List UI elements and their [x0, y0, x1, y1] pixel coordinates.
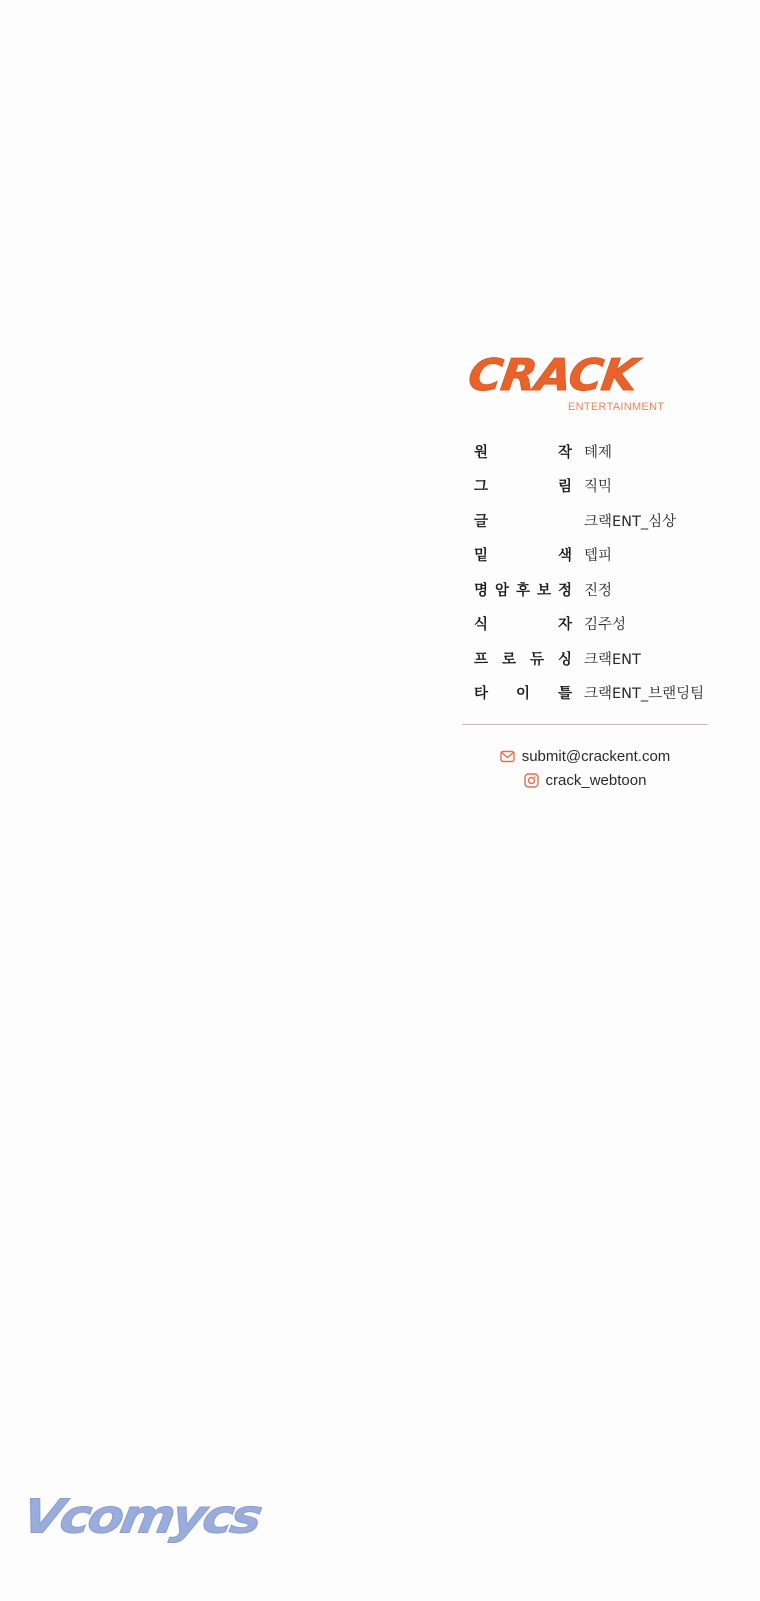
- credit-label: 그림: [474, 475, 572, 496]
- contact-instagram[interactable]: crack_webtoon: [462, 768, 708, 792]
- credit-row-story: 글 크랙ENT_심상: [474, 503, 714, 538]
- credit-list: 원작 톄제 그림 직믹 글 크랙ENT_심상 밑색 텝피 명암후보정: [474, 434, 714, 710]
- credit-row-shading: 명암후보정 진정: [474, 572, 714, 607]
- logo-subtitle: ENTERTAINMENT: [568, 401, 664, 413]
- contact-email[interactable]: submit@crackent.com: [462, 744, 708, 768]
- credit-row-original: 원작 톄제: [474, 434, 714, 469]
- credit-value: 텝피: [584, 544, 612, 565]
- instagram-icon: [524, 772, 540, 788]
- email-link[interactable]: submit@crackent.com: [522, 748, 671, 765]
- credit-value: 김주성: [584, 613, 626, 634]
- mail-icon: [500, 748, 516, 764]
- crack-entertainment-logo: CRACK ENTERTAINMENT: [472, 352, 672, 418]
- credit-value: 크랙ENT_심상: [584, 510, 676, 531]
- credit-label: 원작: [474, 441, 572, 462]
- credit-row-flats: 밑색 텝피: [474, 538, 714, 573]
- credit-label: 식자: [474, 613, 572, 634]
- credit-value: 진정: [584, 579, 612, 600]
- divider: [462, 724, 708, 725]
- credit-label: 밑색: [474, 544, 572, 565]
- credit-value: 직믹: [584, 475, 612, 496]
- credit-label: 명암후보정: [474, 579, 572, 600]
- watermark-text: Vcomycs: [18, 1490, 263, 1544]
- logo-wordmark: CRACK: [466, 352, 640, 398]
- credit-label: 글: [474, 510, 572, 531]
- credit-value: 크랙ENT_브랜딩팀: [584, 682, 704, 703]
- credit-label: 타이틀: [474, 682, 572, 703]
- instagram-link[interactable]: crack_webtoon: [546, 772, 647, 789]
- contact-list: submit@crackent.com crack_webtoon: [462, 744, 708, 792]
- credit-value: 크랙ENT: [584, 648, 641, 669]
- credit-row-producing: 프로듀싱 크랙ENT: [474, 641, 714, 676]
- credit-row-lettering: 식자 김주성: [474, 607, 714, 642]
- credit-row-title: 타이틀 크랙ENT_브랜딩팀: [474, 676, 714, 711]
- credit-label: 프로듀싱: [474, 648, 572, 669]
- vcomycs-watermark: Vcomycs: [28, 1484, 248, 1564]
- credit-row-art: 그림 직믹: [474, 469, 714, 504]
- credit-value: 톄제: [584, 441, 612, 462]
